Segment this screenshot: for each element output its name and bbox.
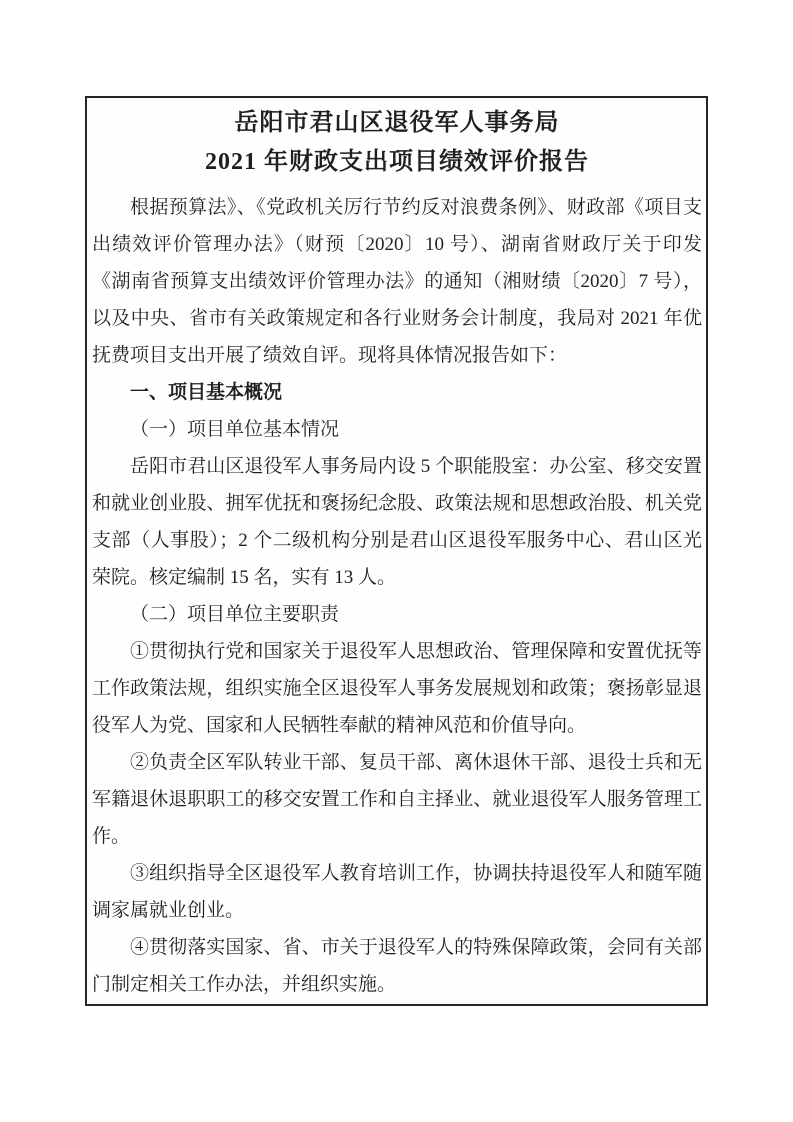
subsection-1-1-heading: （一）项目单位基本情况 [92, 411, 702, 448]
duty-paragraph-4: ④贯彻落实国家、省、市关于退役军人的特殊保障政策，会同有关部门制定相关工作办法，… [92, 929, 702, 1003]
duty-paragraph-1: ①贯彻执行党和国家关于退役军人思想政治、管理保障和安置优抚等工作政策法规，组织实… [92, 633, 702, 744]
title-line-1: 岳阳市君山区退役军人事务局 [92, 104, 702, 143]
org-overview-paragraph: 岳阳市君山区退役军人事务局内设 5 个职能股室：办公室、移交安置和就业创业股、拥… [92, 448, 702, 596]
intro-paragraph: 根据预算法》、《党政机关厉行节约反对浪费条例》、财政部《项目支出绩效评价管理办法… [92, 189, 702, 374]
page-border-frame: 岳阳市君山区退役军人事务局 2021 年财政支出项目绩效评价报告 根据预算法》、… [85, 96, 708, 1006]
subsection-1-2-heading: （二）项目单位主要职责 [92, 596, 702, 633]
document-page: 岳阳市君山区退役军人事务局 2021 年财政支出项目绩效评价报告 根据预算法》、… [0, 0, 793, 1122]
document-title: 岳阳市君山区退役军人事务局 2021 年财政支出项目绩效评价报告 [92, 104, 702, 182]
title-line-2: 2021 年财政支出项目绩效评价报告 [92, 143, 702, 182]
duty-paragraph-3: ③组织指导全区退役军人教育培训工作，协调扶持退役军人和随军随调家属就业创业。 [92, 855, 702, 929]
duty-paragraph-2: ②负责全区军队转业干部、复员干部、离休退休干部、退役士兵和无军籍退休退职职工的移… [92, 744, 702, 855]
section-1-heading: 一、项目基本概况 [92, 374, 702, 411]
